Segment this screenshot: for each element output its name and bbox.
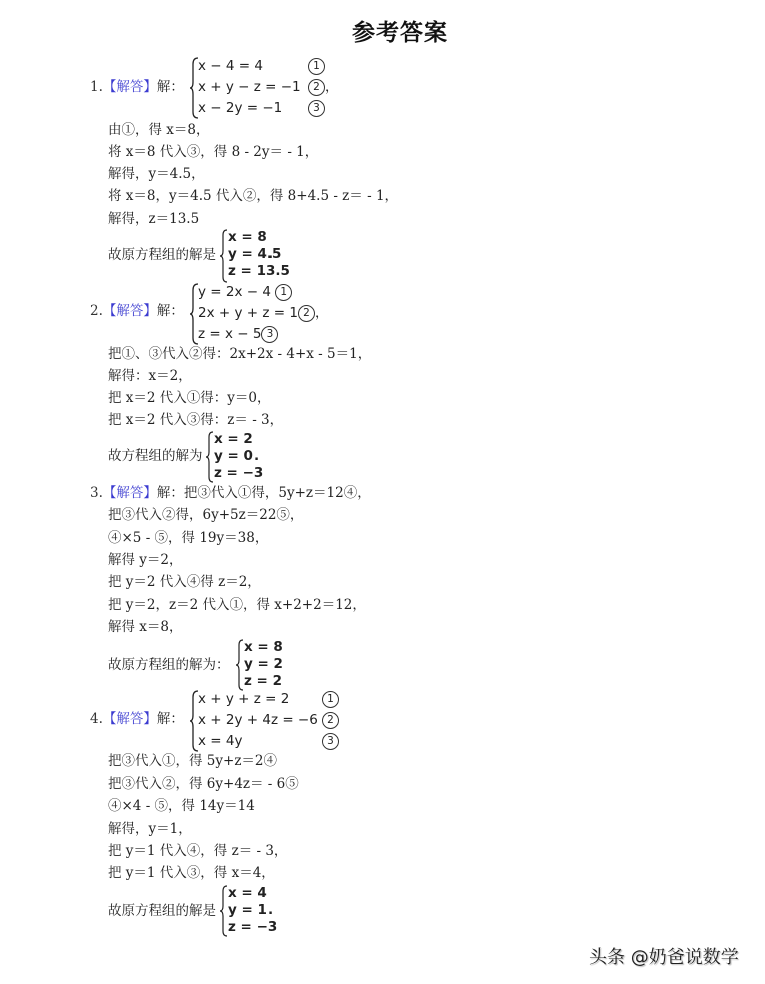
step: 把 y＝1 代入④，得 z＝ - 3， <box>108 842 287 860</box>
problem-number: 2. <box>90 303 103 319</box>
equation: x + 2y + 4z = −6 <box>198 710 322 731</box>
equation: z = x − 5 <box>198 324 261 345</box>
step: ④×4 - ⑤，得 14y＝14 <box>108 797 255 815</box>
step: 将 x＝8 代入③，得 8 - 2y＝ - 1， <box>108 143 318 161</box>
step: 把③代入②得，6y+5z＝22⑤， <box>108 506 303 524</box>
step: 解得，y＝1， <box>108 820 192 838</box>
conclusion: 故原方程组的解是 <box>108 246 216 264</box>
solution-value: x = 2 <box>214 431 263 448</box>
left-brace-icon <box>236 639 244 691</box>
answer-tag: 【解答】 <box>103 711 157 727</box>
circled-number: 2 <box>298 305 315 322</box>
step: 将 x＝8，y＝4.5 代入②，得 8+4.5 - z＝ - 1， <box>108 187 398 205</box>
step: 把 x＝2 代入③得：z＝ - 3， <box>108 411 283 429</box>
step: 由①，得 x＝8， <box>108 121 210 139</box>
solution-value: z = −3 <box>228 919 277 936</box>
circled-number: 1 <box>322 691 339 708</box>
problem-number: 3. <box>90 485 103 501</box>
answer-tag: 【解答】 <box>103 485 157 501</box>
left-brace-icon <box>190 689 198 753</box>
problem-4-header: 4.【解答】解： <box>90 710 184 728</box>
problem-lead: 解： <box>157 303 184 319</box>
problem-1-header: 1.【解答】解： <box>90 78 184 96</box>
solution-value: y = 0 <box>214 448 254 465</box>
circled-number: 1 <box>308 58 325 75</box>
step: 解得：x＝2， <box>108 367 192 385</box>
equation: x + y + z = 2 <box>198 689 322 710</box>
solution-value: y = 1 <box>228 902 268 919</box>
problem-lead: 解： <box>157 79 184 95</box>
solution-value: x = 8 <box>228 229 290 246</box>
step: 把①、③代入②得：2x+2x - 4+x - 5＝1， <box>108 345 371 363</box>
circled-number: 1 <box>275 284 292 301</box>
step: 解得，z＝13.5 <box>108 210 199 228</box>
equation: 2x + y + z = 1 <box>198 303 298 324</box>
step: ④×5 - ⑤，得 19y＝38， <box>108 529 268 547</box>
solution-system-1: x = 8 y = 4.5. z = 13.5 <box>220 229 290 283</box>
step: 把 y＝2，z＝2 代入①，得 x+2+2＝12， <box>108 596 366 614</box>
step: 解得，y＝4.5， <box>108 165 205 183</box>
equation: x + y − z = −1 <box>198 77 308 98</box>
equation-system-2: y = 2x − 4 1 2x + y + z = 12， z = x − 53 <box>190 282 328 346</box>
solution-value: y = 4.5 <box>228 246 268 263</box>
equation: x − 4 = 4 <box>198 56 308 77</box>
answer-tag: 【解答】 <box>103 79 157 95</box>
equation: y = 2x − 4 <box>198 282 271 303</box>
solution-value: x = 4 <box>228 885 277 902</box>
step: 把③代入②，得 6y+4z＝ - 6⑤ <box>108 775 299 793</box>
solution-system-4: x = 4 y = 1. z = −3 <box>220 885 277 937</box>
circled-number: 3 <box>322 733 339 750</box>
problem-2-header: 2.【解答】解： <box>90 302 184 320</box>
left-brace-icon <box>190 56 198 120</box>
solution-value: z = 13.5 <box>228 263 290 280</box>
solution-value: z = −3 <box>214 465 263 482</box>
circled-number: 3 <box>261 326 278 343</box>
circled-number: 3 <box>308 100 325 117</box>
solution-value: x = 8 <box>244 639 283 656</box>
step: 把③代入①，得 5y+z＝2④ <box>108 752 277 770</box>
step: 解得 x＝8， <box>108 618 183 636</box>
watermark: 头条 @奶爸说数学 <box>589 943 739 969</box>
problem-lead: 解： <box>157 711 184 727</box>
equation: x − 2y = −1 <box>198 98 308 119</box>
left-brace-icon <box>220 229 228 283</box>
left-brace-icon <box>206 431 214 483</box>
conclusion: 故方程组的解为 <box>108 447 203 465</box>
equation-system-4: x + y + z = 21 x + 2y + 4z = −62 x = 4y3 <box>190 689 339 753</box>
step: 把 y＝1 代入③，得 x＝4， <box>108 864 275 882</box>
circled-number: 2 <box>308 79 325 96</box>
problem-lead: 解：把③代入①得，5y+z＝12④， <box>157 485 371 501</box>
answer-tag: 【解答】 <box>103 303 157 319</box>
step: 解得 y＝2， <box>108 551 183 569</box>
step: 把 y＝2 代入④得 z＝2， <box>108 573 261 591</box>
problem-number: 4. <box>90 711 103 727</box>
conclusion: 故原方程组的解是 <box>108 902 216 920</box>
step: 把 x＝2 代入①得：y＝0， <box>108 389 271 407</box>
left-brace-icon <box>190 282 198 346</box>
circled-number: 2 <box>322 712 339 729</box>
solution-value: y = 2 <box>244 656 283 673</box>
solution-system-2: x = 2 y = 0. z = −3 <box>206 431 263 483</box>
page-title: 参考答案 <box>0 14 765 47</box>
problem-number: 1. <box>90 79 103 95</box>
problem-3-header: 3.【解答】解：把③代入①得，5y+z＝12④， <box>90 484 371 502</box>
left-brace-icon <box>220 885 228 937</box>
solution-value: z = 2 <box>244 673 283 690</box>
equation: x = 4y <box>198 731 322 752</box>
conclusion: 故原方程组的解为： <box>108 656 230 674</box>
solution-system-3: x = 8 y = 2 z = 2 <box>236 639 283 691</box>
equation-system-1: x − 4 = 41 x + y − z = −12， x − 2y = −13 <box>190 56 339 120</box>
